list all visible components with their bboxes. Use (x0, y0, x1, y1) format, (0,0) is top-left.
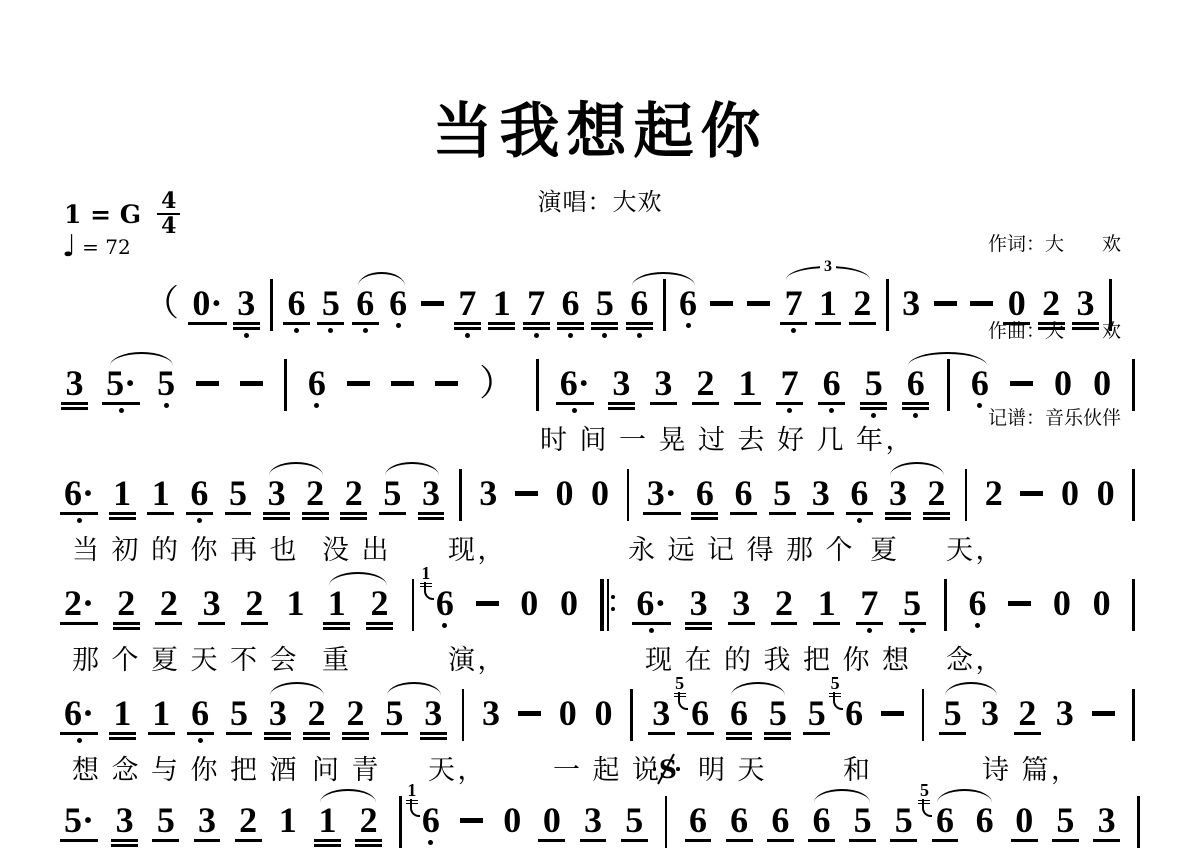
low-octave-dot (197, 518, 202, 523)
barline (922, 689, 925, 741)
note-token: 6 (389, 286, 407, 328)
note-digit: 1 (818, 586, 836, 620)
beam-line (355, 844, 382, 847)
tie-arc (890, 462, 945, 476)
beam-line (580, 839, 607, 842)
barline (944, 579, 947, 631)
note-digit: 1 (328, 586, 346, 620)
beam-line (730, 512, 757, 515)
beam-line (1011, 839, 1038, 842)
beam-line (303, 737, 330, 740)
beam-line (818, 402, 845, 405)
note-digit: 1 (287, 586, 305, 620)
sustain-dash (435, 381, 458, 386)
beam-line (803, 732, 830, 735)
note-token: 1 (112, 696, 133, 740)
note-token: 0 (503, 803, 521, 837)
note-token: 0 (560, 586, 578, 620)
beam-line (109, 732, 136, 735)
note-digit: 5 (1056, 803, 1074, 837)
note-token: 6 (694, 476, 715, 520)
beam-line (808, 839, 835, 842)
beam-line (846, 512, 873, 515)
beam-line (523, 327, 550, 330)
note-digit: 5 (625, 803, 643, 837)
note-token: 2 (852, 286, 873, 325)
grace-hook (424, 582, 434, 600)
note-digit: 5 (383, 476, 401, 510)
note-token: 1 (151, 696, 172, 735)
beam-line (366, 622, 393, 625)
token-row: 6·116532253300356655565323 (64, 696, 1135, 743)
note-token: 3 (267, 696, 288, 740)
note-token: 0 (1054, 366, 1072, 400)
beam-line (352, 322, 379, 325)
beam-line (685, 627, 712, 630)
note-token: 6· (560, 366, 590, 413)
beam-line (860, 402, 887, 405)
sustain-dash (476, 601, 499, 606)
note-token: 3 (688, 586, 709, 630)
note-digit: 0 (595, 696, 613, 730)
beam-line (340, 512, 367, 515)
tie-arc (387, 682, 442, 696)
note-digit: 3 (198, 803, 216, 837)
beam-line (109, 512, 136, 515)
note-token: 3 (653, 366, 674, 405)
note-digit: 0 (1097, 476, 1115, 510)
low-octave-dot (294, 328, 299, 333)
parenthesis: （ (143, 286, 179, 320)
note-token: 2 (1017, 696, 1038, 735)
note-digit: 5 (596, 286, 614, 320)
notation-line: 6·116532253300356655565323想 念 与 你 把 酒问 青… (64, 696, 1135, 743)
note-token: 6 (679, 286, 697, 328)
note-token: 6 (190, 696, 211, 743)
beam-line (902, 402, 929, 405)
note-digit: 1 (318, 803, 336, 837)
tie-arc (908, 352, 987, 366)
low-octave-dot (77, 738, 82, 743)
note-digit: 3 (654, 366, 672, 400)
beam-line (726, 737, 753, 740)
barline (947, 359, 950, 411)
note-digit: 5· (106, 366, 136, 400)
note-token: 0 (1097, 476, 1115, 510)
beam-line (932, 839, 959, 842)
low-octave-dot (787, 408, 792, 413)
note-token: 6 (308, 366, 326, 408)
notation-line: 2·223211216006·332175600那 个 夏 天 不 会重演，现 … (64, 586, 1135, 633)
beam-line (198, 622, 225, 625)
note-token: 3 (201, 586, 222, 625)
barline (270, 279, 273, 331)
beam-line (557, 327, 584, 330)
note-digit: 0 (543, 803, 561, 837)
note-digit: 3 (1098, 803, 1116, 837)
note-digit: 7 (860, 586, 878, 620)
note-digit: 5 (773, 476, 791, 510)
note-digit: 6· (636, 586, 666, 620)
note-token: 0 (1093, 366, 1111, 400)
beam-line (923, 512, 950, 515)
beam-line (366, 627, 393, 630)
note-token: 0 (1006, 286, 1027, 325)
tie-arc (632, 272, 695, 286)
note-token: 6 (189, 476, 210, 523)
beam-line (890, 839, 917, 842)
barline (1132, 579, 1135, 631)
note-digit: 0 (1093, 586, 1111, 620)
note-token: 7 (526, 286, 547, 338)
note-token: 5 (893, 803, 914, 842)
low-octave-dot (534, 333, 539, 338)
note-token: 0 (541, 803, 562, 842)
beam-line (1093, 839, 1120, 842)
beam-line (111, 839, 138, 842)
beam-line (381, 732, 408, 735)
note-digit: 2 (117, 586, 135, 620)
sustain-dash (518, 711, 541, 716)
beam-line (591, 322, 618, 325)
beam-line (557, 322, 584, 325)
note-token: 3 (611, 366, 632, 410)
low-octave-dot (791, 328, 796, 333)
beam-line (303, 732, 330, 735)
barline (462, 689, 465, 741)
note-token: 6 (729, 803, 750, 842)
beam-line (860, 407, 887, 410)
lyric-segment: 演， (448, 638, 507, 677)
note-token: 5 (384, 696, 405, 735)
beam-line (420, 737, 447, 740)
low-octave-dot (572, 408, 577, 413)
note-token: 3 (114, 803, 135, 847)
note-digit: 5 (854, 803, 872, 837)
token-row: 2·223211216006·332175600 (64, 586, 1135, 633)
beam-line (764, 737, 791, 740)
note-digit: 2 (985, 476, 1003, 510)
lyric-segment: 永 远 记 得 那 个 (628, 528, 855, 567)
beam-line (849, 322, 876, 325)
note-digit: 3 (889, 476, 907, 510)
note-token: 0 (591, 476, 609, 510)
note-token: 5 (320, 286, 341, 333)
beam-line (60, 732, 98, 735)
barline (886, 279, 889, 331)
low-octave-dot (164, 403, 169, 408)
beam-line (728, 622, 755, 625)
note-digit: 3 (584, 803, 602, 837)
note-token: 1 (818, 286, 839, 325)
note-token: 2 (238, 803, 259, 842)
note-token: 0 (520, 586, 538, 620)
beam-line (685, 839, 712, 842)
beam-line (650, 402, 677, 405)
note-digit: 3 (732, 586, 750, 620)
note-digit: 5 (230, 696, 248, 730)
note-digit: 6 (689, 803, 707, 837)
beam-line (621, 839, 648, 842)
beam-line (856, 622, 883, 625)
low-octave-dot (363, 328, 368, 333)
note-token: 6 (905, 366, 926, 418)
lyric-segment: 和 (843, 748, 873, 787)
note-digit: 6 (730, 803, 748, 837)
sustain-dash (515, 491, 538, 496)
note-token: 0 (555, 476, 573, 510)
note-digit: 5 (157, 366, 175, 400)
beam-line (488, 322, 515, 325)
lyric-segment: 那 个 夏 天 不 会 (72, 638, 299, 677)
note-token: 2 (1041, 286, 1062, 330)
note-token: 6· (636, 586, 666, 633)
beam-line (147, 512, 174, 515)
note-token: 6 (728, 696, 749, 740)
note-digit: 7 (785, 286, 803, 320)
note-token: 16 (436, 586, 454, 628)
tie-arc (270, 682, 325, 696)
barline (1132, 469, 1135, 521)
note-digit: 3 (268, 476, 286, 510)
note-digit: 5 (944, 696, 962, 730)
sustain-dash (747, 301, 770, 306)
note-token: 3 (236, 286, 257, 338)
note-token: 3· (647, 476, 677, 515)
note-digit: 2 (696, 366, 714, 400)
barline (459, 469, 462, 521)
beam-line (420, 732, 447, 735)
note-digit: 6 (562, 286, 580, 320)
low-octave-dot (428, 840, 433, 845)
low-octave-dot (975, 623, 980, 628)
note-digit: 7 (458, 286, 476, 320)
note-digit: 1 (152, 696, 170, 730)
note-digit: 2 (928, 476, 946, 510)
beam-line (323, 622, 350, 625)
note-token: 5 (767, 696, 788, 740)
note-digit: 1 (152, 476, 170, 510)
note-digit: 0 (1093, 366, 1111, 400)
note-digit: 2 (853, 286, 871, 320)
beam-line (1072, 322, 1099, 325)
note-digit: 6 (771, 803, 789, 837)
low-octave-dot (977, 403, 982, 408)
beam-line (323, 627, 350, 630)
note-token: 6· (64, 696, 94, 743)
beam-line (342, 732, 369, 735)
beam-line (233, 327, 260, 330)
note-token: 0 (1053, 586, 1071, 620)
sustain-dash (391, 381, 414, 386)
note-token: 5 (155, 803, 176, 842)
note-token: 3 (1096, 803, 1117, 842)
beam-line (685, 622, 712, 625)
note-digit: 2 (245, 586, 263, 620)
note-token: 6 (355, 286, 376, 333)
lyric-segment: 一 起 说 (553, 748, 662, 787)
beam-line (188, 322, 226, 325)
lyric-segment: 诗 篇， (982, 748, 1081, 787)
note-token: 3 (651, 696, 672, 735)
note-digit: 5 (769, 696, 787, 730)
note-token: 0 (1061, 476, 1079, 510)
beam-line (692, 402, 719, 405)
note-token: 6 (969, 586, 987, 628)
note-digit: 3 (690, 586, 708, 620)
barline (1132, 689, 1135, 741)
note-token: 3 (902, 286, 920, 320)
lyric-segment: 明 天 (698, 748, 767, 787)
tie-arc (945, 682, 997, 696)
beam-line (60, 512, 98, 515)
sustain-dash (1020, 491, 1043, 496)
note-token: 6 (971, 366, 989, 408)
note-token: 2 (926, 476, 947, 520)
lyric-segment: 想 (882, 638, 912, 677)
note-token: 1 (326, 586, 347, 630)
beam-line (454, 327, 481, 330)
note-token: 3 (583, 803, 604, 842)
note-digit: 3 (652, 696, 670, 730)
sustain-dash (460, 818, 483, 823)
note-digit: 5 (385, 696, 403, 730)
token-row: （0·3656671765667123023 (143, 286, 1112, 338)
note-digit: 5 (229, 476, 247, 510)
note-digit: 5· (64, 803, 94, 837)
note-token: 2 (305, 476, 326, 520)
note-token: 3 (731, 586, 752, 625)
note-digit: 6 (630, 286, 648, 320)
beam-line (923, 517, 950, 520)
note-token: 5 (902, 586, 923, 633)
beam-line (342, 737, 369, 740)
note-digit: 6 (730, 696, 748, 730)
beam-line (726, 732, 753, 735)
beam-line (61, 402, 88, 405)
beam-line (691, 517, 718, 520)
segno-icon: S (656, 755, 676, 785)
barline: S (665, 796, 668, 848)
sheet-music-page: 当我想起你 演唱：大欢 作词：大 欢 作曲：大 欢 记谱：音乐伙伴 1 = G … (0, 0, 1200, 850)
beam-line (194, 839, 221, 842)
beam-line (186, 512, 213, 515)
barline (663, 279, 666, 331)
note-token: 1 (150, 476, 171, 515)
note-token: 2 (244, 586, 265, 625)
beam-line (113, 627, 140, 630)
beam-line (317, 322, 344, 325)
beam-line (849, 839, 876, 842)
note-digit: 6 (696, 476, 714, 510)
beam-line (691, 512, 718, 515)
lyric-segment: 想 念 与 你 把 酒 (72, 748, 299, 787)
note-digit: 6 (845, 696, 863, 730)
beam-line (769, 512, 796, 515)
note-digit: 3 (237, 286, 255, 320)
note-digit: 3 (1077, 286, 1095, 320)
low-octave-dot (913, 413, 918, 418)
note-token: 5 (852, 803, 873, 842)
note-token: 2 (306, 696, 327, 740)
beam-line (643, 512, 681, 515)
beam-line (302, 512, 329, 515)
note-digit: 0 (1008, 286, 1026, 320)
beam-line (813, 622, 840, 625)
note-digit: 2 (1042, 286, 1060, 320)
beam-line (1038, 322, 1065, 325)
note-digit: 0 (555, 476, 573, 510)
note-token: 3 (64, 366, 85, 410)
note-digit: 1 (279, 803, 297, 837)
beam-line (807, 512, 834, 515)
note-token: 3 (482, 696, 500, 730)
beam-line (111, 844, 138, 847)
note-digit: 3 (1056, 696, 1074, 730)
beam-line (771, 622, 798, 625)
note-digit: 6 (190, 476, 208, 510)
note-digit: 0 (1015, 803, 1033, 837)
low-octave-dot (119, 408, 124, 413)
note-token: 5 (157, 366, 175, 408)
beam-line (226, 732, 253, 735)
beam-line (264, 732, 291, 735)
note-digit: 1 (493, 286, 511, 320)
sustain-dash (1010, 381, 1033, 386)
beam-line (776, 402, 803, 405)
beam-line (885, 512, 912, 515)
note-digit: 3 (66, 366, 84, 400)
note-token: 5 (942, 696, 963, 735)
note-token: 3 (1075, 286, 1096, 330)
beam-line (264, 737, 291, 740)
note-digit: 3 (902, 286, 920, 320)
low-octave-dot (396, 323, 401, 328)
note-digit: 1 (113, 696, 131, 730)
note-token: 56 (690, 696, 711, 735)
barline (630, 689, 633, 741)
beam-line (1014, 732, 1041, 735)
beam-line (1003, 322, 1030, 325)
note-token: 5· (106, 366, 136, 413)
note-digit: 2 (345, 476, 363, 510)
low-octave-dot (686, 323, 691, 328)
low-octave-dot (465, 333, 470, 338)
note-digit: 6 (422, 803, 440, 837)
note-token: 0 (1014, 803, 1035, 842)
note-token: 2 (358, 803, 379, 847)
beam-line (113, 622, 140, 625)
grace-hook (678, 692, 688, 710)
note-digit: 1 (739, 366, 757, 400)
sustain-dash (196, 381, 219, 386)
notation-line: （0·36566717656671230233 (143, 286, 1112, 338)
lyric-segment: 问 青 (312, 748, 381, 787)
beam-line (488, 327, 515, 330)
note-digit: 6 (936, 803, 954, 837)
note-token: 5 (1055, 803, 1076, 842)
sustain-dash (934, 301, 957, 306)
note-digit: 6 (823, 366, 841, 400)
note-token: 2 (695, 366, 716, 405)
note-token: 16 (422, 803, 440, 845)
note-digit: 5 (903, 586, 921, 620)
note-token: 6 (976, 803, 994, 837)
note-digit: 6 (691, 696, 709, 730)
parenthesis: ） (479, 366, 515, 400)
note-digit: 1 (113, 476, 131, 510)
note-digit: 2 (1018, 696, 1036, 730)
